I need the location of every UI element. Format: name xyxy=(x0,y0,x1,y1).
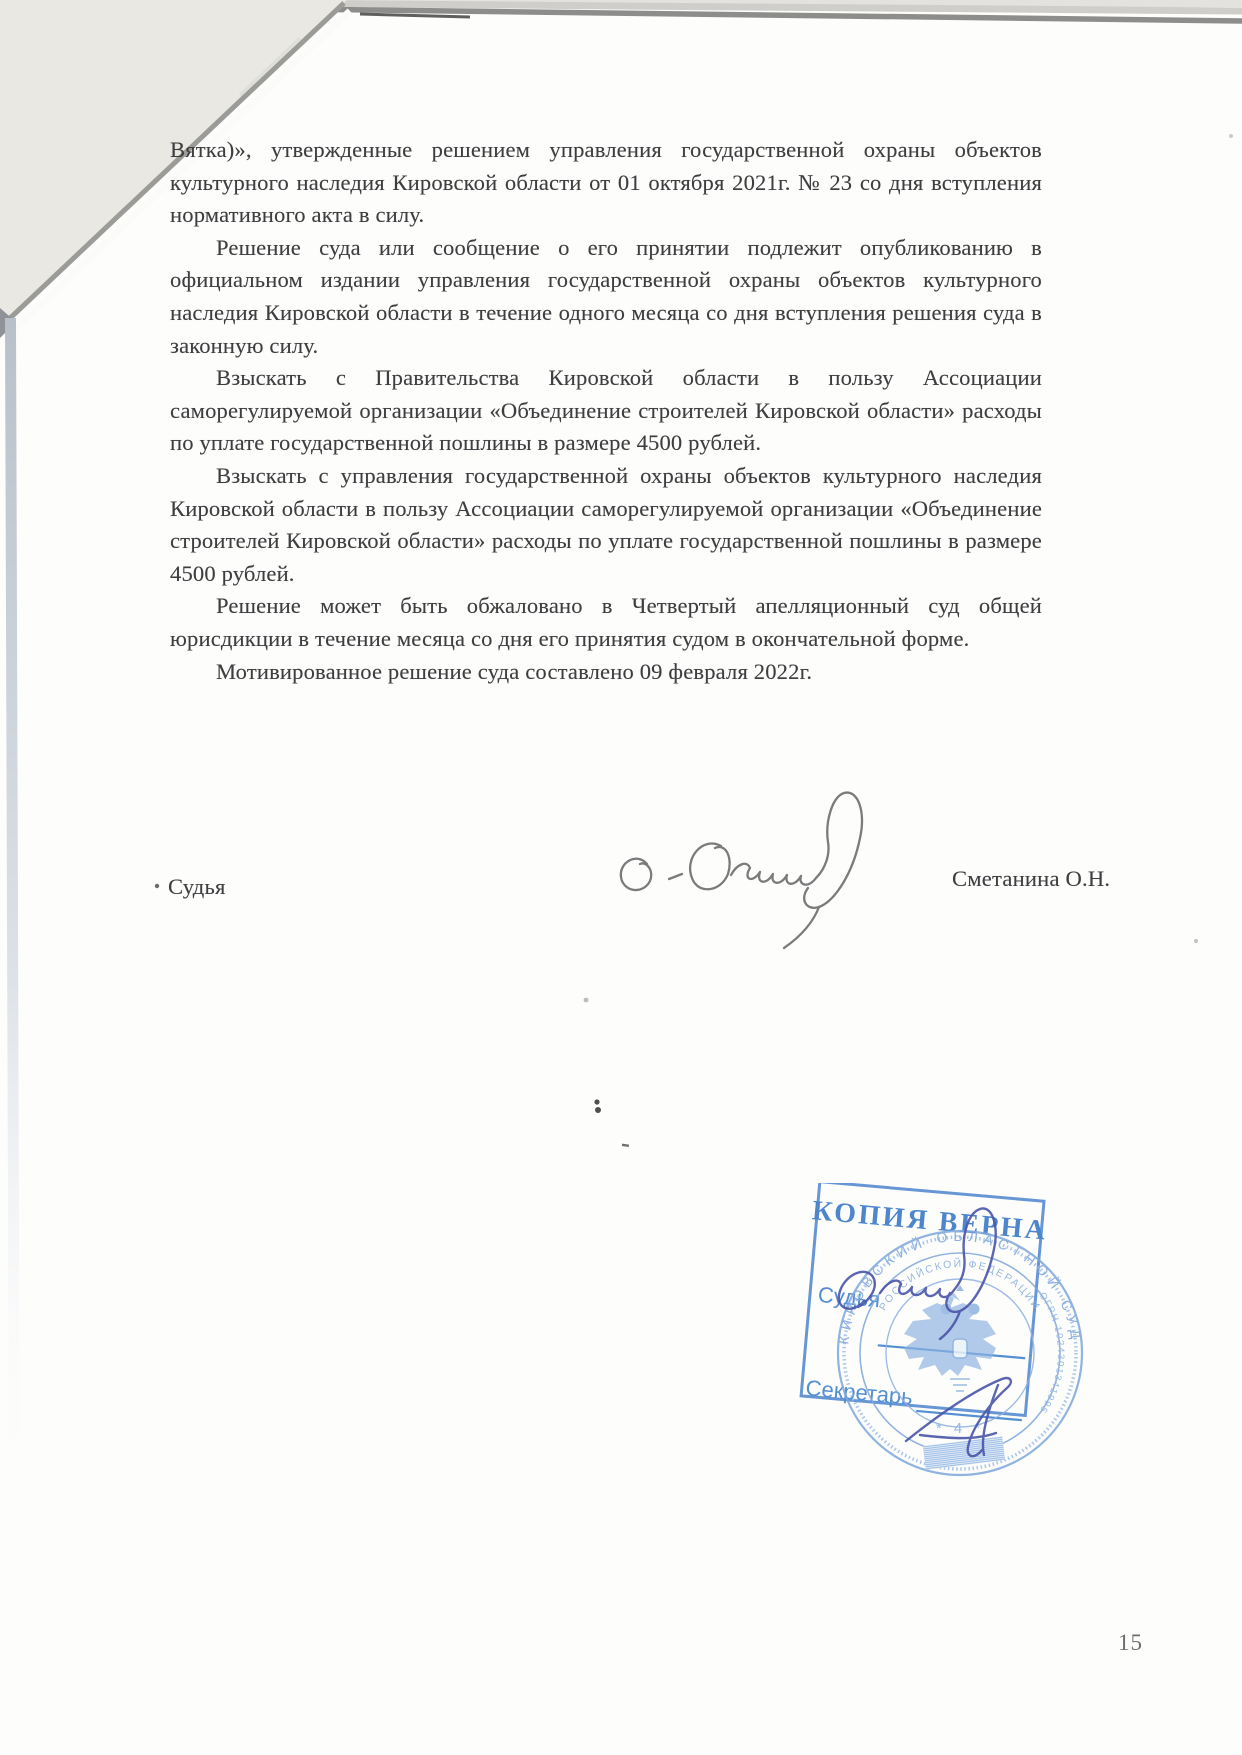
document-paragraph: Вятка)», утвержденные решением управлени… xyxy=(170,134,1042,232)
judge-label: Судья xyxy=(168,874,226,900)
document-paragraph: Решение суда или сообщение о его приняти… xyxy=(170,232,1042,362)
page-top-edge-dark-dash xyxy=(360,14,470,17)
judge-name: Сметанина О.Н. xyxy=(952,866,1110,892)
page-number: 15 xyxy=(1118,1630,1143,1656)
document-paragraph: Решение может быть обжаловано в Четверты… xyxy=(170,590,1042,655)
decision-text-block: Вятка)», утвержденные решением управлени… xyxy=(170,134,1042,688)
document-paragraph: Взыскать с управления государственной ох… xyxy=(170,460,1042,590)
certification-stamp: КОПИЯ ВЕРНА Судья Секретарь xyxy=(768,1183,1104,1495)
scan-speck xyxy=(1194,939,1198,943)
document-paragraph: Взыскать с Правительства Кировской облас… xyxy=(170,362,1042,460)
scan-speck xyxy=(155,884,159,888)
left-page-edge xyxy=(5,318,20,1520)
scan-speck xyxy=(584,998,589,1003)
scan-speck xyxy=(595,1107,601,1113)
double-headed-eagle-icon xyxy=(904,1285,996,1391)
scan-speck xyxy=(622,1144,629,1147)
scan-speck xyxy=(1229,134,1233,138)
scanned-court-document-page: Вятка)», утвержденные решением управлени… xyxy=(0,0,1242,1755)
scan-speck xyxy=(594,1099,599,1104)
copy-true-stamp: КОПИЯ ВЕРНА Судья Секретарь xyxy=(768,1183,1104,1495)
judge-signature xyxy=(585,782,895,957)
document-paragraph: Мотивированное решение суда составлено 0… xyxy=(170,656,1042,689)
